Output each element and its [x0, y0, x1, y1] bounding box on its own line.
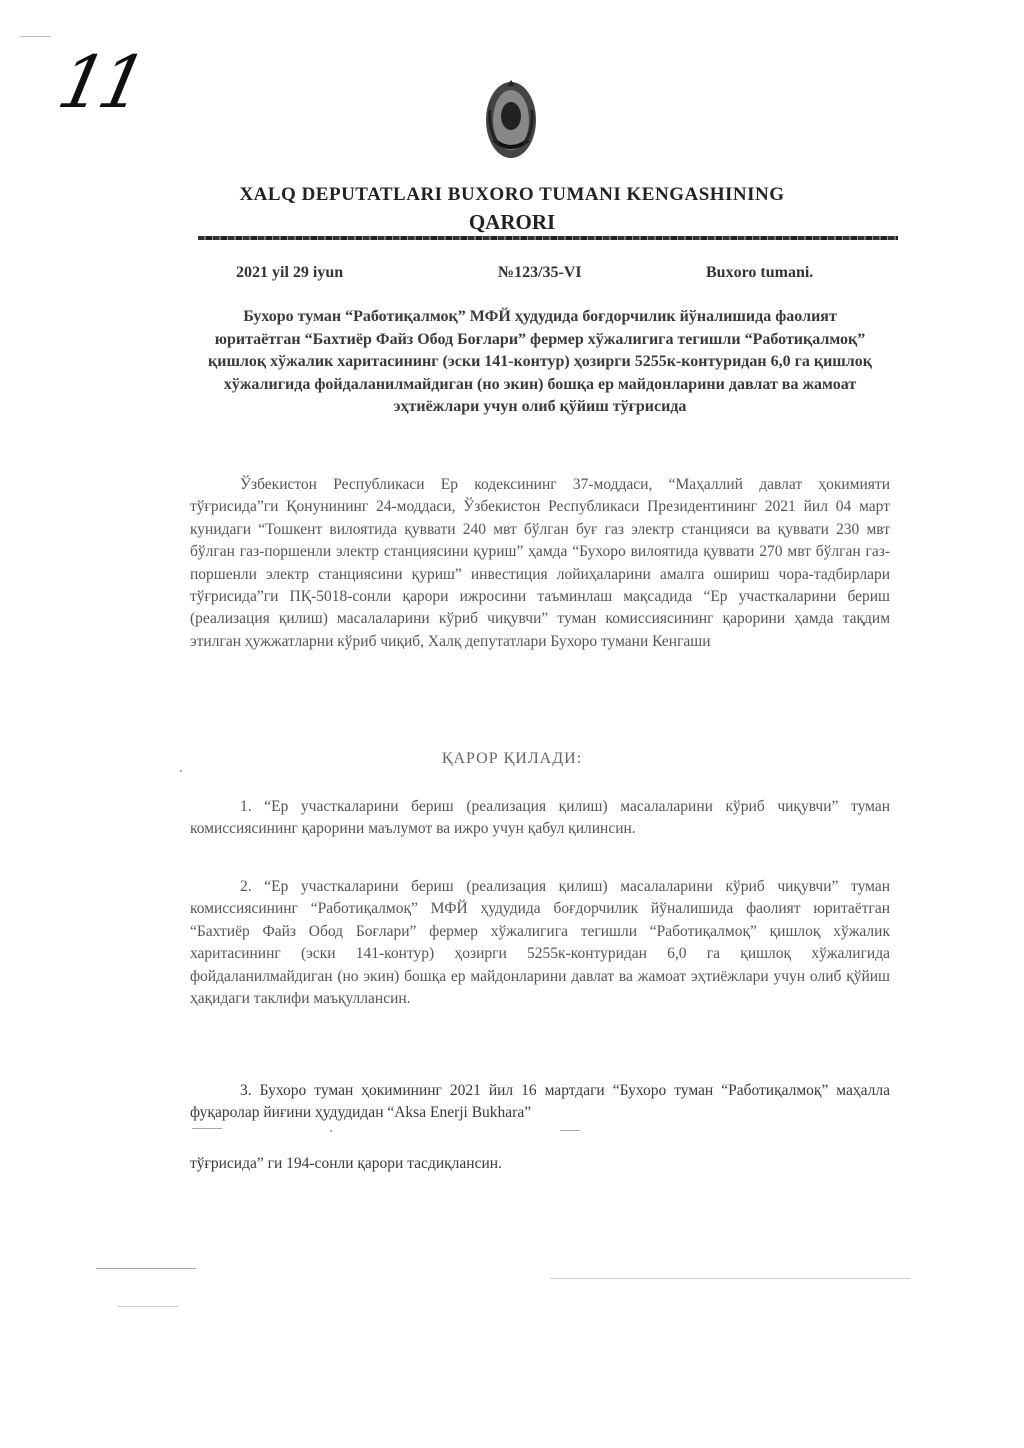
scan-noise	[330, 1130, 332, 1132]
document-subject: Бухоро туман “Работиқалмоқ” МФЙ ҳудудида…	[200, 306, 880, 419]
state-emblem-icon	[484, 70, 538, 164]
scan-noise	[118, 1306, 178, 1307]
scan-noise	[180, 770, 182, 772]
document-type-title: QARORI	[0, 210, 1024, 235]
handwritten-page-number: 11	[51, 40, 148, 124]
decision-item-3-continuation: тўғрисида” ги 194-сонли қарори тасдиқлан…	[190, 1153, 890, 1175]
scan-noise	[192, 1128, 222, 1129]
scan-noise	[560, 1130, 580, 1131]
decision-item-2: 2. “Ер участкаларини бериш (реализация қ…	[190, 876, 890, 1010]
header-divider	[198, 236, 898, 240]
document-place: Buxoro tumani.	[706, 264, 813, 282]
decision-item-1: 1. “Ер участкаларини бериш (реализация қ…	[190, 796, 890, 841]
scan-noise	[96, 1268, 196, 1269]
document-number: №123/35-VI	[498, 264, 582, 282]
issuing-body-title: XALQ DEPUTATLARI BUXORO TUMANI KENGASHIN…	[0, 184, 1024, 206]
decision-heading: ҚАРОР ҚИЛАДИ:	[0, 750, 1024, 768]
scan-noise	[550, 1278, 910, 1279]
decision-item-3: 3. Бухоро туман ҳокимининг 2021 йил 16 м…	[190, 1080, 890, 1125]
preamble-paragraph: Ўзбекистон Республикаси Ер кодексининг 3…	[190, 474, 890, 653]
scan-noise	[20, 36, 50, 37]
document-date: 2021 yil 29 iyun	[236, 264, 343, 282]
